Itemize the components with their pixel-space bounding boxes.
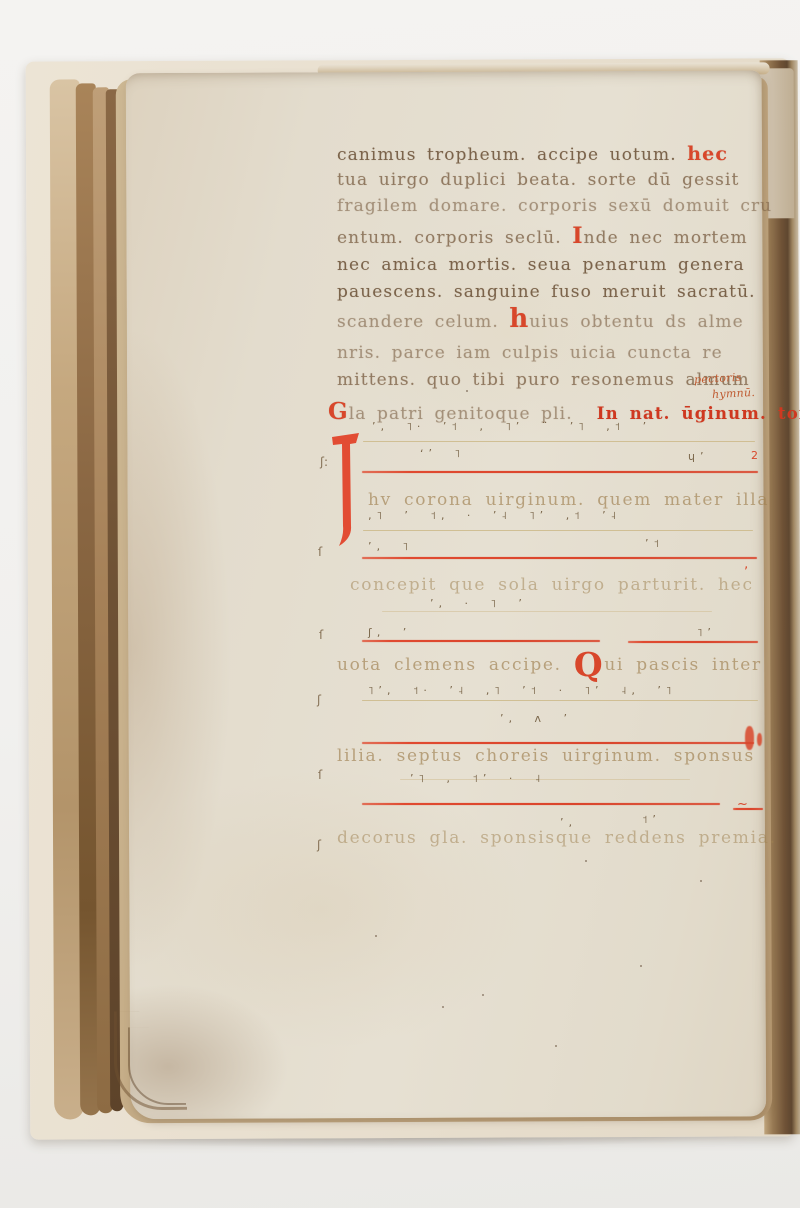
parchment-speck [640, 965, 642, 967]
chant-lyric-line: decorus gla. sponsisque reddens premia. [337, 828, 777, 848]
margin-mark: ʃ [317, 693, 321, 707]
neume-row: ʼ˦ [645, 537, 664, 550]
parchment-speck [375, 935, 377, 937]
staff-line [382, 611, 712, 612]
text-run: uius obtentu ds alme [529, 312, 743, 332]
manuscript-text-line: mittens. quo tibi puro resonemus almum [337, 370, 750, 390]
staff-line [362, 742, 754, 744]
margin-mark: ʃ: [320, 455, 328, 469]
text-run: pauescens. sanguine fuso meruit sacratū. [337, 282, 756, 302]
rubricated-word: hec [687, 143, 728, 165]
text-run: canimus tropheum. accipe uotum. [337, 145, 687, 165]
text-run: ui pascis inter [604, 655, 762, 675]
manuscript-text-line: canimus tropheum. accipe uotum. hec [337, 143, 728, 165]
neume-row: ʼ‚ · ˥ ʼ [430, 597, 527, 610]
red-ink-mark: 2 [751, 449, 758, 462]
text-run: decorus gla. sponsisque reddens premia. [337, 828, 777, 848]
text-run: fragilem domare. corporis sexū domuit cr… [337, 196, 772, 216]
chant-lyric-line: concepit que sola uirgo parturit. hec [350, 575, 754, 595]
text-run: tua uirgo duplici beata. sorte dū gessit [337, 170, 739, 190]
parchment-speck [442, 1006, 444, 1008]
staff-line [362, 640, 600, 642]
neume-row: ʼ˥ ‚ ˦ʼ · ˨ [410, 772, 545, 785]
neume-row: ʼ‚ ˥ [368, 540, 413, 553]
rubric-heading: In nat. ūginum. tonat. [597, 404, 800, 423]
staff-line [362, 700, 758, 701]
text-run: mittens. quo tibi puro resonemus almum [337, 370, 750, 390]
parchment-speck [700, 880, 702, 882]
photo-of-manuscript: ʼ‚ ˥· ʼ˦ ‚ ˥ʼ ¨ ʼ˥ ‚˦ ʼʻʼ ˥ɥʼ‚˥ ʼ ˦‚ · ʼ… [0, 0, 800, 1208]
margin-note-line2: hymnū. [712, 386, 756, 401]
margin-note-line1: pectoris [694, 371, 742, 386]
text-run: entum. corporis seclū. [337, 228, 572, 248]
margin-mark: ſ [318, 545, 322, 559]
manuscript-text-line: scandere celum. huius obtentu ds alme [337, 312, 744, 332]
text-run: la patri genitoque pli. [349, 404, 573, 424]
margin-mark: ſ [318, 768, 322, 782]
staff-line [362, 557, 757, 559]
manuscript-text-line: tua uirgo duplici beata. sorte dū gessit [337, 170, 739, 190]
margin-mark: ʃ [317, 838, 321, 852]
red-ink-blot [757, 733, 762, 746]
staff-line [362, 803, 720, 805]
neume-row: ˥ʼ‚ ˦· ʼ˨ ‚˥ ʼ˦ · ˥ʼ ˨‚ ʼ˥ [368, 684, 676, 697]
rubricated-initial-q: Q [574, 645, 604, 684]
parchment-speck [466, 390, 468, 392]
text-run: uota clemens accipe. [337, 655, 574, 675]
text-run: scandere celum. [337, 312, 509, 332]
red-ink-mark: ~ [737, 797, 748, 812]
manuscript-text-line: entum. corporis seclū. Inde nec mortem [337, 223, 748, 249]
parchment-speck [555, 1045, 557, 1047]
manuscript-text-line: pauescens. sanguine fuso meruit sacratū. [337, 282, 756, 302]
manuscript-text-line: nec amica mortis. seua penarum genera [337, 255, 745, 275]
chant-lyric-line: uota clemens accipe. Qui pascis inter [337, 655, 762, 675]
neume-row: ʃ‚ ʼ [368, 626, 411, 639]
rubricated-initial: h [509, 304, 529, 334]
parchment-speck [585, 860, 587, 862]
illuminated-initial-i [330, 432, 362, 548]
chant-lyric-line: lilia. septus choreis uirginum. sponsus [337, 746, 755, 766]
staff-line [363, 530, 753, 531]
manuscript-text-line: fragilem domare. corporis sexū domuit cr… [337, 196, 772, 216]
text-run: nec amica mortis. seua penarum genera [337, 255, 745, 275]
neume-row: ‚˥ ʼ ˦‚ · ʼ˨ ˥ʼ ‚˦ ʼ˨ [368, 509, 621, 522]
staff-line [363, 441, 755, 442]
text-run: nde nec mortem [584, 228, 748, 248]
text-run: concepit que sola uirgo parturit. hec [350, 575, 754, 595]
text-run: nris. parce iam culpis uicia cuncta re [337, 343, 723, 363]
neume-row: ˦ʼ [642, 813, 661, 826]
text-run: lilia. septus choreis uirginum. sponsus [337, 746, 755, 766]
rubricated-initial: G [328, 398, 349, 425]
staff-line [628, 641, 758, 643]
margin-mark: ſ [319, 628, 323, 642]
chant-lyric-line: hv corona uirginum. quem mater illa [368, 490, 769, 510]
neume-row: ɥʼ [688, 450, 708, 463]
parchment-speck [482, 994, 484, 996]
neume-row: ʼ‚ ʌ ʼ [500, 712, 572, 725]
neume-row: ʻʼ ˥ [420, 447, 465, 460]
manuscript-text-line: Gla patri genitoque pli.In nat. ūginum. … [328, 398, 800, 425]
manuscript-text-line: nris. parce iam culpis uicia cuncta re [337, 343, 723, 363]
text-run: hv corona uirginum. quem mater illa [368, 490, 769, 510]
rubricated-initial: I [572, 223, 583, 249]
staff-line [362, 471, 758, 473]
neume-row: ˥ʼ [697, 626, 716, 639]
